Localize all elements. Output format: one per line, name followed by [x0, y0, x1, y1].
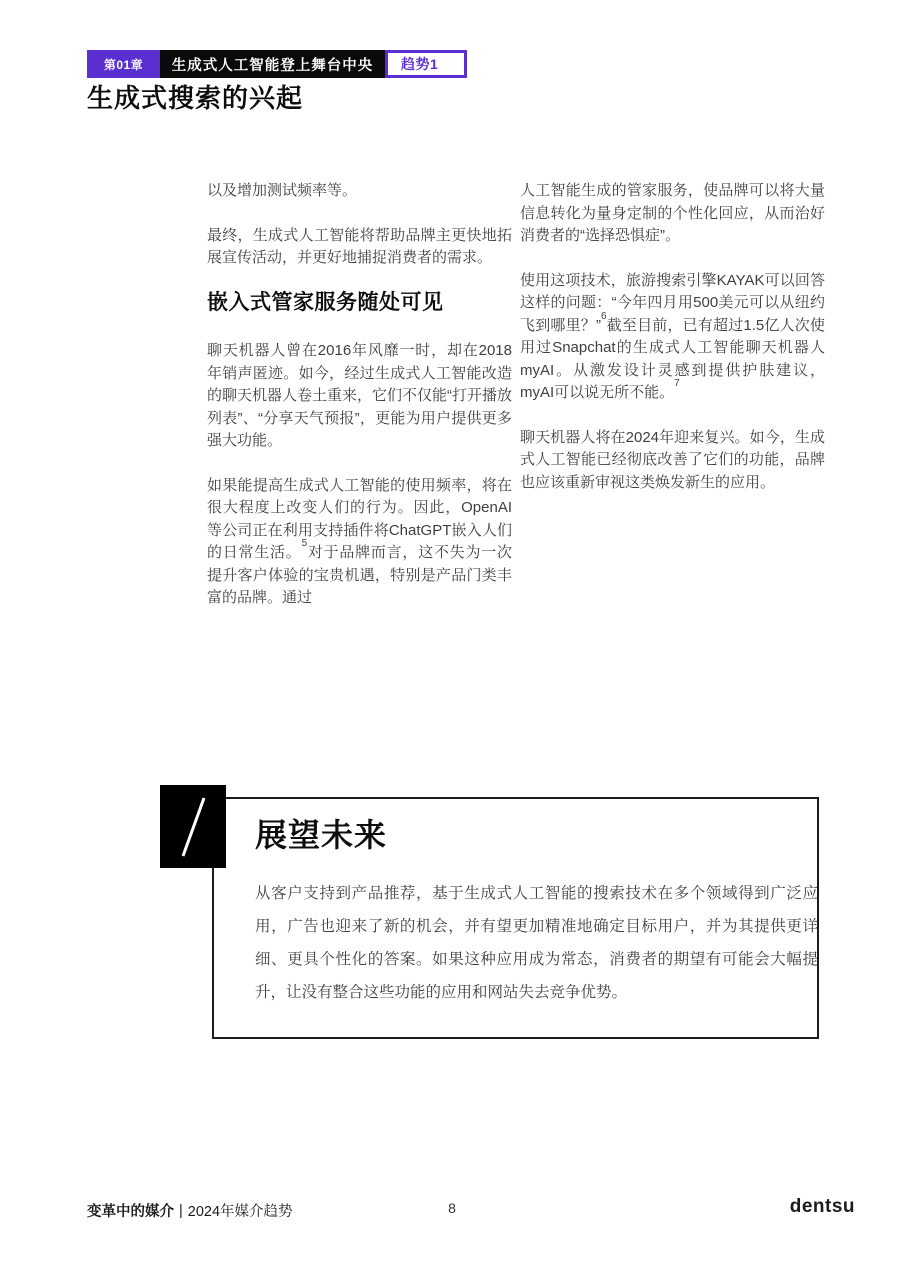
left-column: 以及增加测试频率等。 最终，生成式人工智能将帮助品牌主更快地拓展宣传活动，并更好…: [207, 180, 512, 632]
document-page: 第01章 生成式人工智能登上舞台中央 趋势1 生成式搜索的兴起 以及增加测试频率…: [0, 0, 904, 1280]
chapter-number-badge: 第01章: [87, 50, 160, 78]
dentsu-logo: dentsu: [790, 1196, 855, 1218]
paragraph: 如果能提高生成式人工智能的使用频率，将在很大程度上改变人们的行为。因此，Open…: [207, 475, 512, 610]
outlook-body-text: 从客户支持到产品推荐，基于生成式人工智能的搜索技术在多个领域得到广泛应用，广告也…: [255, 877, 818, 1009]
outlook-heading: 展望未来: [255, 810, 817, 856]
footnote-ref-5: 5: [302, 538, 308, 549]
chapter-header-bar: 第01章 生成式人工智能登上舞台中央 趋势1: [87, 50, 467, 78]
trend-badge: 趋势1: [385, 50, 467, 78]
slash-icon: [160, 785, 226, 868]
paragraph: 最终，生成式人工智能将帮助品牌主更快地拓展宣传活动，并更好地捕捉消费者的需求。: [207, 225, 512, 270]
page-title: 生成式搜索的兴起: [87, 84, 303, 114]
outlook-callout-box: 展望未来 从客户支持到产品推荐，基于生成式人工智能的搜索技术在多个领域得到广泛应…: [212, 797, 819, 1039]
paragraph: 人工智能生成的管家服务，使品牌可以将大量信息转化为量身定制的个性化回应，从而治好…: [520, 180, 825, 248]
section-heading: 嵌入式管家服务随处可见: [207, 292, 512, 315]
paragraph: 聊天机器人将在2024年迎来复兴。如今，生成式人工智能已经彻底改善了它们的功能，…: [520, 427, 825, 495]
right-column: 人工智能生成的管家服务，使品牌可以将大量信息转化为量身定制的个性化回应，从而治好…: [520, 180, 825, 632]
paragraph: 以及增加测试频率等。: [207, 180, 512, 203]
paragraph: 聊天机器人曾在2016年风靡一时，却在2018年销声匿迹。如今，经过生成式人工智…: [207, 340, 512, 453]
two-column-layout: 以及增加测试频率等。 最终，生成式人工智能将帮助品牌主更快地拓展宣传活动，并更好…: [207, 180, 827, 632]
paragraph: 使用这项技术，旅游搜索引擎KAYAK可以回答这样的问题：“今年四月用500美元可…: [520, 270, 825, 405]
footnote-ref-6: 6: [601, 311, 607, 322]
chapter-title: 生成式人工智能登上舞台中央: [160, 50, 385, 78]
footnote-ref-7: 7: [674, 378, 680, 389]
page-number: 8: [0, 1200, 904, 1216]
